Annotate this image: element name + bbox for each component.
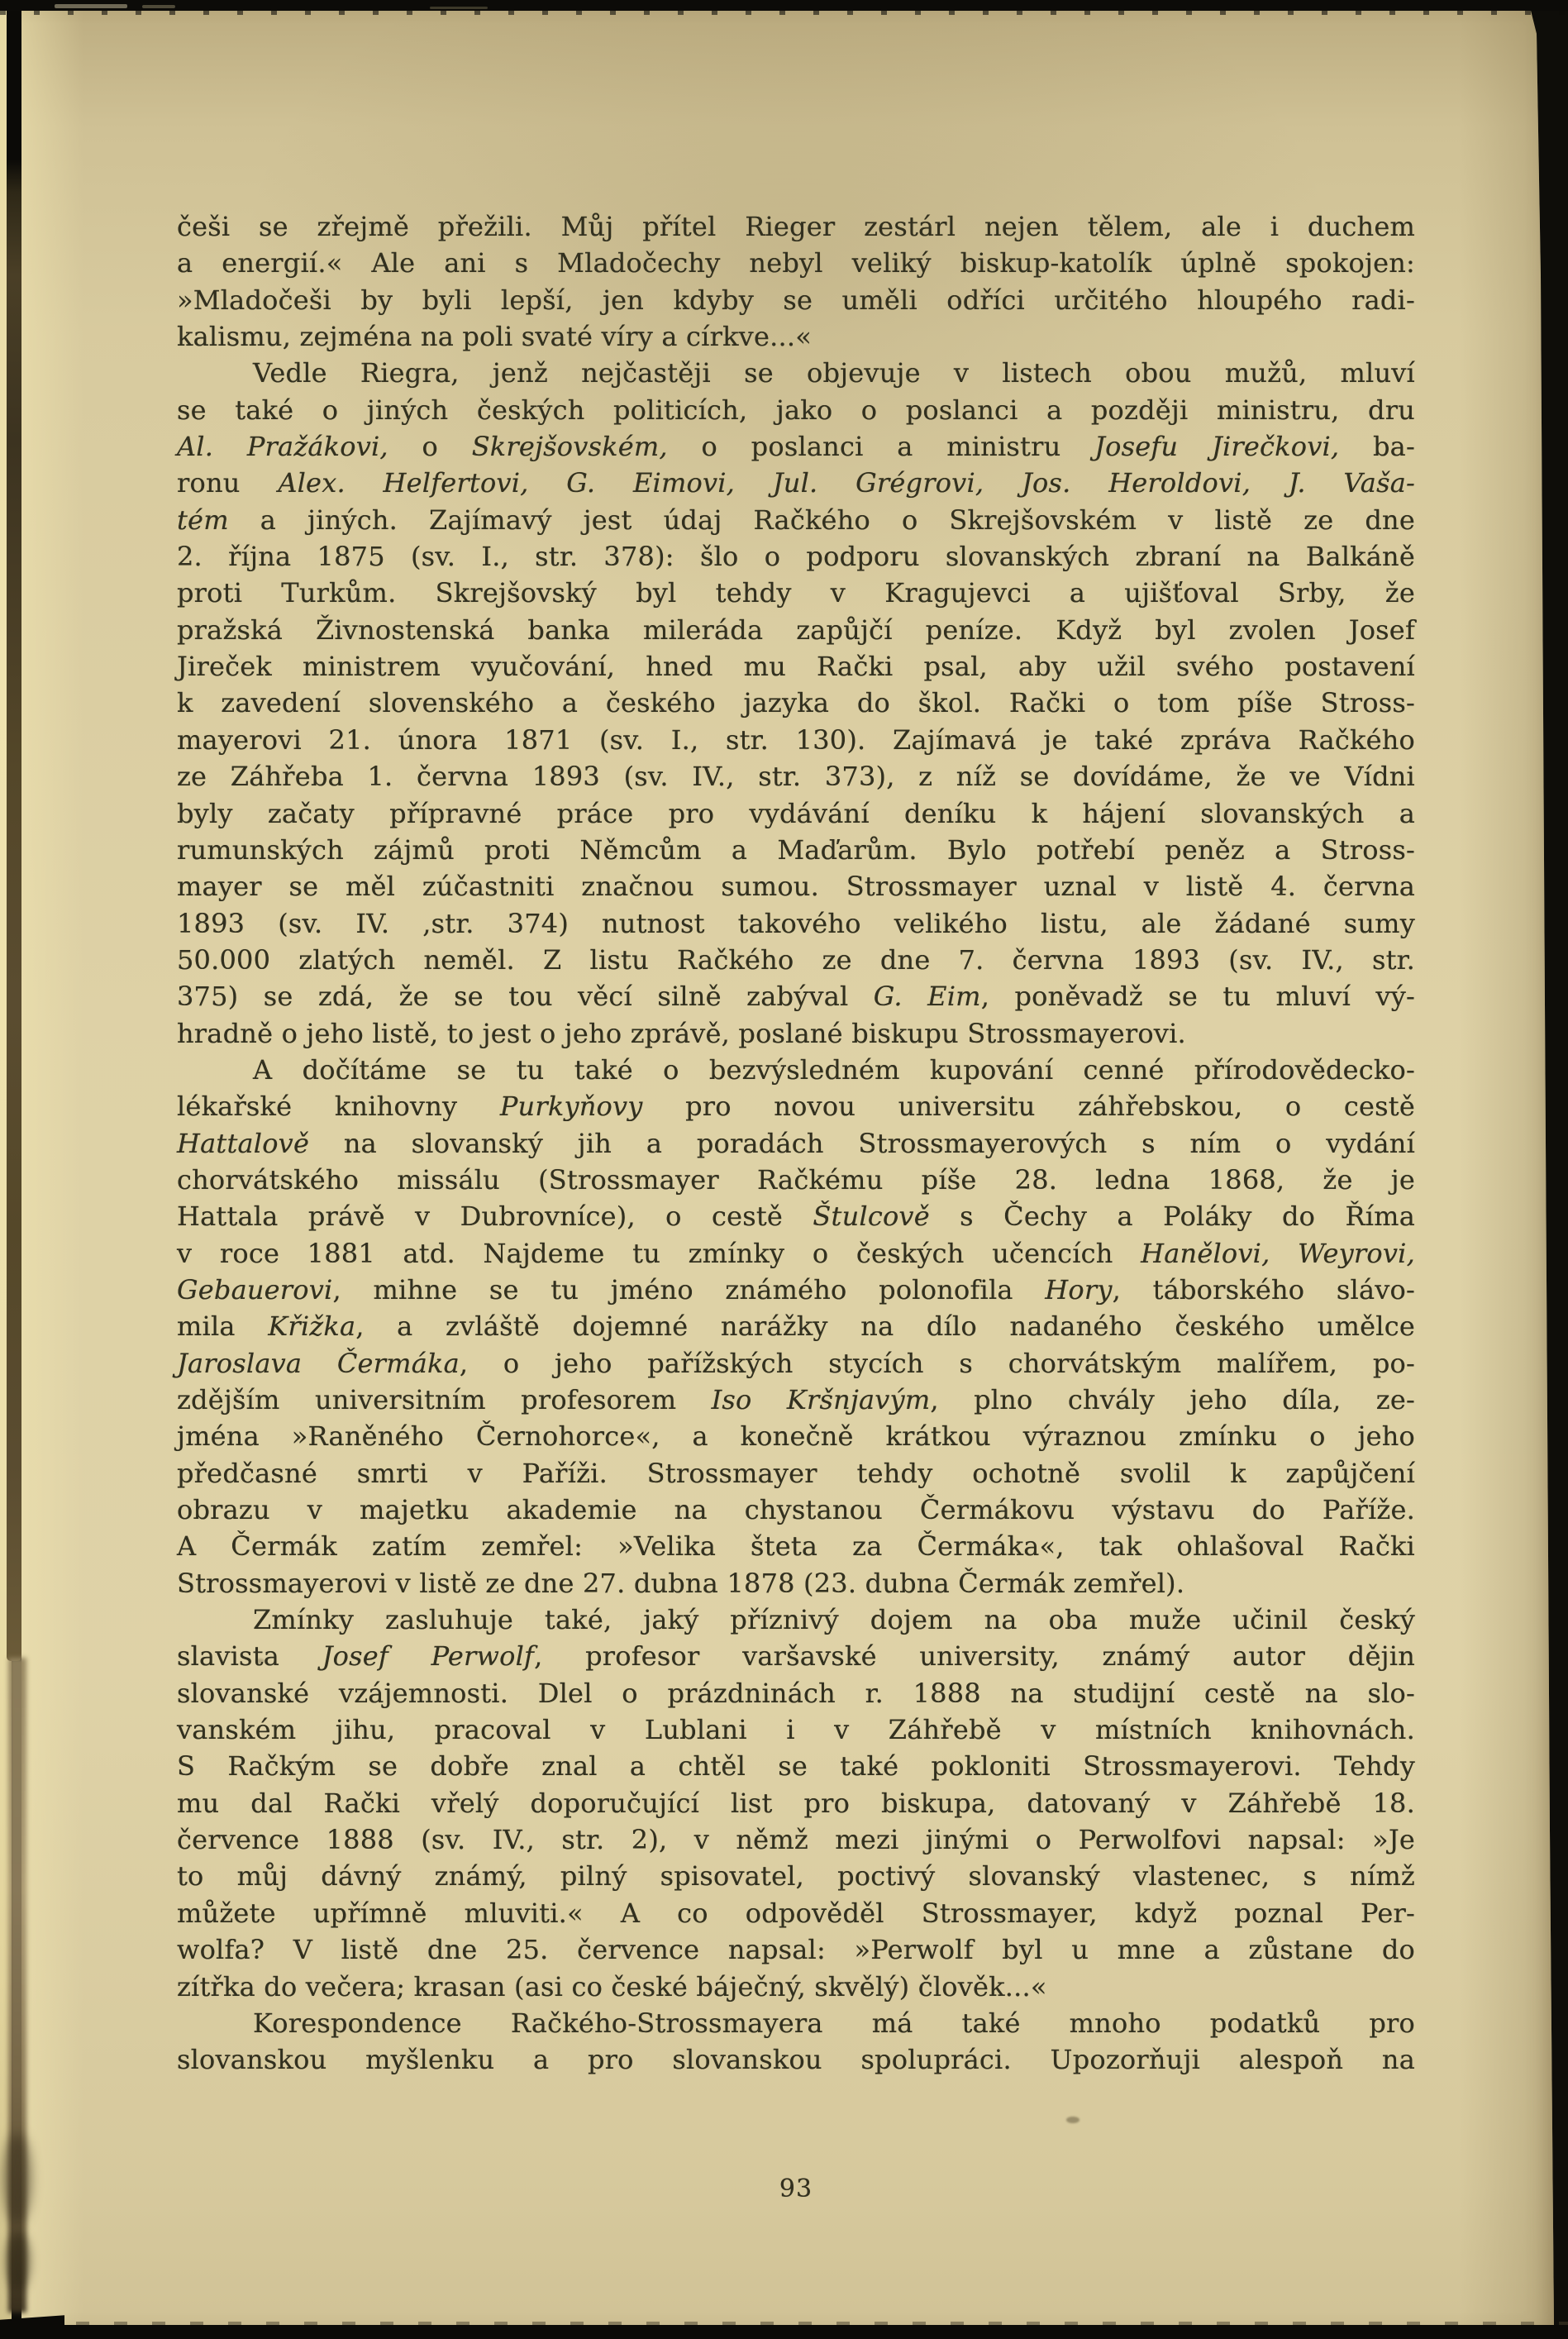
text-line: A dočítáme se tu také o bezvýsledném kup…	[177, 1052, 1415, 1088]
text-segment: pražská Živnostenská banka mileráda zapů…	[177, 614, 1415, 646]
scan-border-top-ragged-edge	[0, 11, 1568, 15]
text-segment: můžete upřímně mluviti.« A co odpověděl …	[177, 1897, 1415, 1929]
text-segment: jména »Raněného Černohorce«, a konečně k…	[177, 1420, 1415, 1452]
scan-artifact-dash	[55, 4, 127, 8]
text-segment: Korespondence Račkého-Strossmayera má ta…	[253, 2007, 1415, 2039]
text-line: ronu Alex. Helfertovi, G. Eimovi, Jul. G…	[177, 465, 1415, 501]
text-segment: chorvátského missálu (Strossmayer Račkém…	[177, 1164, 1415, 1196]
text-segment: A Čermák zatím zemřel: »Velika šteta za …	[177, 1530, 1415, 1562]
text-segment: na slovanský jih a poradách Strossmayero…	[309, 1128, 1415, 1159]
text-segment: ronu	[177, 467, 278, 499]
text-segment: mila	[177, 1310, 268, 1342]
text-segment: a jiných. Zajímavý jest údaj Račkého o S…	[229, 504, 1415, 536]
text-line: 50.000 zlatých neměl. Z listu Račkého ze…	[177, 942, 1415, 978]
text-segment: proti Turkům. Skrejšovský byl tehdy v Kr…	[177, 577, 1415, 609]
text-line: jména »Raněného Černohorce«, a konečně k…	[177, 1418, 1415, 1454]
text-line: Jireček ministrem vyučování, hned mu Rač…	[177, 648, 1415, 685]
italic-text-segment: tém	[177, 504, 229, 536]
text-segment: obrazu v majetku akademie na chystanou Č…	[177, 1494, 1415, 1525]
text-line: k zavedení slovenského a českého jazyka …	[177, 685, 1415, 721]
text-segment: se také o jiných českých politicích, jak…	[177, 394, 1415, 426]
text-line: to můj dávný známý, pilný spisovatel, po…	[177, 1858, 1415, 1894]
text-line: mila Křižka, a zvláště dojemné narážky n…	[177, 1308, 1415, 1344]
text-segment: to můj dávný známý, pilný spisovatel, po…	[177, 1860, 1415, 1892]
text-segment: Vedle Riegra, jenž nejčastěji se objevuj…	[253, 357, 1415, 389]
text-line: hradně o jeho listě, to jest o jeho zprá…	[177, 1015, 1415, 1052]
text-segment: 50.000 zlatých neměl. Z listu Račkého ze…	[177, 944, 1415, 976]
text-line: a energií.« Ale ani s Mladočechy nebyl v…	[177, 245, 1415, 281]
text-segment: , poněvadž se tu mluví vý-	[981, 981, 1415, 1012]
text-line: zdějším universitním profesorem Iso Kršn…	[177, 1382, 1415, 1418]
text-segment: slavista	[177, 1640, 322, 1672]
italic-text-segment: Al. Pražákovi,	[177, 431, 388, 462]
italic-text-segment: Hanělovi, Weyrovi,	[1141, 1238, 1415, 1269]
text-line: tém a jiných. Zajímavý jest údaj Račkého…	[177, 502, 1415, 538]
text-segment: 375) se zdá, že se tou věcí silně zabýva…	[177, 981, 874, 1012]
text-segment: Hattala právě v Dubrovníce), o cestě	[177, 1201, 813, 1232]
italic-text-segment: Hattalově	[177, 1128, 309, 1159]
text-line: češi se zřejmě přežili. Můj přítel Riege…	[177, 208, 1415, 245]
text-line: 2. října 1875 (sv. I., str. 378): šlo o …	[177, 538, 1415, 575]
text-segment: , mihne se tu jméno známého polonofila	[332, 1274, 1045, 1306]
text-line: Al. Pražákovi, o Skrejšovském, o poslanc…	[177, 428, 1415, 465]
text-segment: hradně o jeho listě, to jest o jeho zprá…	[177, 1018, 1186, 1049]
text-line: Vedle Riegra, jenž nejčastěji se objevuj…	[177, 355, 1415, 391]
italic-text-segment: Hory	[1045, 1274, 1112, 1306]
text-segment: »Mladočeši by byli lepší, jen kdyby se u…	[177, 284, 1415, 316]
text-segment: k zavedení slovenského a českého jazyka …	[177, 687, 1415, 718]
text-line: Jaroslava Čermáka, o jeho pařížských sty…	[177, 1345, 1415, 1382]
text-line: wolfa? V listě dne 25. července napsal: …	[177, 1931, 1415, 1968]
scan-border-top	[0, 0, 1568, 11]
text-line: Zmínky zasluhuje také, jaký příznivý doj…	[177, 1601, 1415, 1638]
italic-text-segment: Purkyňovy	[500, 1091, 643, 1122]
text-segment: A dočítáme se tu také o bezvýsledném kup…	[253, 1054, 1415, 1086]
text-line: zítřka do večera; krasan (asi co české b…	[177, 1969, 1415, 2005]
scan-border-bottom	[0, 2325, 1568, 2339]
text-segment: vanském jihu, pracoval v Lublani i v Záh…	[177, 1714, 1415, 1745]
text-line: ze Záhřeba 1. června 1893 (sv. IV., str.…	[177, 758, 1415, 795]
text-line: Korespondence Račkého-Strossmayera má ta…	[177, 2005, 1415, 2041]
text-line: slavista Josef Perwolf, profesor varšavs…	[177, 1638, 1415, 1674]
scanned-book-page: { "colors": { "ink": "#32301f", "paper":…	[0, 0, 1568, 2339]
text-segment: předčasné smrti v Paříži. Strossmayer te…	[177, 1458, 1415, 1489]
text-line: kalismu, zejména na poli svaté víry a cí…	[177, 318, 1415, 355]
italic-text-segment: Gebauerovi	[177, 1274, 332, 1306]
text-segment: července 1888 (sv. IV., str. 2), v němž …	[177, 1824, 1415, 1855]
italic-text-segment: Josef Perwolf	[322, 1640, 534, 1672]
text-line: mayerovi 21. února 1871 (sv. I., str. 13…	[177, 722, 1415, 758]
text-segment: Jireček ministrem vyučování, hned mu Rač…	[177, 651, 1415, 682]
italic-text-segment: G. Eim	[874, 981, 981, 1012]
text-line: můžete upřímně mluviti.« A co odpověděl …	[177, 1895, 1415, 1931]
text-segment: Zmínky zasluhuje také, jaký příznivý doj…	[253, 1604, 1415, 1635]
ink-speck	[1066, 2117, 1079, 2123]
text-line: mayer se měl zúčastniti značnou sumou. S…	[177, 868, 1415, 905]
text-segment: lékařské knihovny	[177, 1091, 500, 1122]
text-segment: v roce 1881 atd. Najdeme tu zmínky o čes…	[177, 1238, 1141, 1269]
text-segment: kalismu, zejména na poli svaté víry a cí…	[177, 321, 812, 352]
scan-artifact-dash	[430, 7, 488, 9]
text-line: předčasné smrti v Paříži. Strossmayer te…	[177, 1455, 1415, 1492]
text-line: se také o jiných českých politicích, jak…	[177, 392, 1415, 428]
text-line: Gebauerovi, mihne se tu jméno známého po…	[177, 1272, 1415, 1308]
page-number: 93	[177, 2174, 1415, 2203]
text-line: S Račkým se dobře znal a chtěl se také p…	[177, 1748, 1415, 1784]
text-line: lékařské knihovny Purkyňovy pro novou un…	[177, 1088, 1415, 1124]
text-segment: mu dal Rački vřelý doporučující list pro…	[177, 1788, 1415, 1819]
text-segment: a energií.« Ale ani s Mladočechy nebyl v…	[177, 247, 1415, 279]
text-segment: 2. října 1875 (sv. I., str. 378): šlo o …	[177, 541, 1415, 572]
gutter-shadow-blob	[7, 2232, 30, 2290]
text-segment: , táborského slávo-	[1113, 1274, 1415, 1306]
italic-text-segment: Štulcově	[813, 1201, 929, 1232]
text-segment: mayer se měl zúčastniti značnou sumou. S…	[177, 871, 1415, 902]
gutter-shadow-bar	[7, 11, 21, 1661]
text-segment: Strossmayerovi v listě ze dne 27. dubna …	[177, 1568, 1184, 1599]
text-line: A Čermák zatím zemřel: »Velika šteta za …	[177, 1528, 1415, 1564]
text-segment: zítřka do večera; krasan (asi co české b…	[177, 1971, 1047, 2002]
text-line: rumunských zájmů proti Němcům a Maďarům.…	[177, 832, 1415, 868]
text-block: češi se zřejmě přežili. Můj přítel Riege…	[177, 208, 1415, 2079]
text-line: obrazu v majetku akademie na chystanou Č…	[177, 1492, 1415, 1528]
italic-text-segment: Křižka	[268, 1310, 355, 1342]
text-line: slovanskou myšlenku a pro slovanskou spo…	[177, 2041, 1415, 2078]
text-line: slovanské vzájemnosti. Dlel o prázdninác…	[177, 1675, 1415, 1711]
italic-text-segment: Skrejšovském,	[472, 431, 668, 462]
text-segment: , o jeho pařížských stycích s chorvátský…	[460, 1348, 1415, 1379]
text-line: v roce 1881 atd. Najdeme tu zmínky o čes…	[177, 1235, 1415, 1272]
text-segment: , a zvláště dojemné narážky na dílo nada…	[355, 1310, 1415, 1342]
text-line: »Mladočeši by byli lepší, jen kdyby se u…	[177, 282, 1415, 318]
text-line: července 1888 (sv. IV., str. 2), v němž …	[177, 1821, 1415, 1858]
text-segment: slovanskou myšlenku a pro slovanskou spo…	[177, 2044, 1415, 2075]
text-line: 1893 (sv. IV. ,str. 374) nutnost takovéh…	[177, 905, 1415, 942]
text-segment: češi se zřejmě přežili. Můj přítel Riege…	[177, 211, 1415, 242]
text-line: proti Turkům. Skrejšovský byl tehdy v Kr…	[177, 575, 1415, 611]
text-segment: slovanské vzájemnosti. Dlel o prázdninác…	[177, 1678, 1415, 1709]
italic-text-segment: Josefu Jirečkovi,	[1094, 431, 1339, 462]
text-segment: ze Záhřeba 1. června 1893 (sv. IV., str.…	[177, 761, 1415, 792]
italic-text-segment: Jaroslava Čermáka	[177, 1348, 460, 1379]
text-line: Hattalově na slovanský jih a poradách St…	[177, 1125, 1415, 1162]
italic-text-segment: Iso Kršnjavým	[712, 1384, 931, 1415]
text-line: Strossmayerovi v listě ze dne 27. dubna …	[177, 1565, 1415, 1601]
text-line: vanském jihu, pracoval v Lublani i v Záh…	[177, 1711, 1415, 1748]
text-line: mu dal Rački vřelý doporučující list pro…	[177, 1785, 1415, 1821]
text-line: pražská Živnostenská banka mileráda zapů…	[177, 612, 1415, 648]
text-segment: mayerovi 21. února 1871 (sv. I., str. 13…	[177, 724, 1415, 756]
text-segment: zdějším universitním profesorem	[177, 1384, 712, 1415]
text-segment: , plno chvály jeho díla, ze-	[930, 1384, 1415, 1415]
text-segment: o poslanci a ministru	[668, 431, 1094, 462]
text-segment: o	[388, 431, 472, 462]
gutter-shadow-blob	[3, 2133, 31, 2224]
text-line: chorvátského missálu (Strossmayer Račkém…	[177, 1162, 1415, 1198]
text-segment: wolfa? V listě dne 25. července napsal: …	[177, 1934, 1415, 1965]
text-segment: ba-	[1339, 431, 1415, 462]
text-line: Hattala právě v Dubrovníce), o cestě Štu…	[177, 1198, 1415, 1234]
text-segment: rumunských zájmů proti Němcům a Maďarům.…	[177, 834, 1415, 866]
scan-artifact-dash	[142, 5, 175, 8]
text-segment: S Račkým se dobře znal a chtěl se také p…	[177, 1750, 1415, 1782]
text-segment: pro novou universitu záhřebskou, o cestě	[643, 1091, 1415, 1122]
text-segment: 1893 (sv. IV. ,str. 374) nutnost takovéh…	[177, 908, 1415, 939]
text-line: 375) se zdá, že se tou věcí silně zabýva…	[177, 978, 1415, 1014]
text-segment: , profesor varšavské university, známý a…	[534, 1640, 1415, 1672]
text-segment: byly začaty přípravné práce pro vydávání…	[177, 798, 1415, 829]
italic-text-segment: Alex. Helfertovi, G. Eimovi, Jul. Grégro…	[278, 467, 1415, 499]
text-line: byly začaty přípravné práce pro vydávání…	[177, 795, 1415, 832]
text-segment: s Čechy a Poláky do Říma	[930, 1201, 1415, 1232]
